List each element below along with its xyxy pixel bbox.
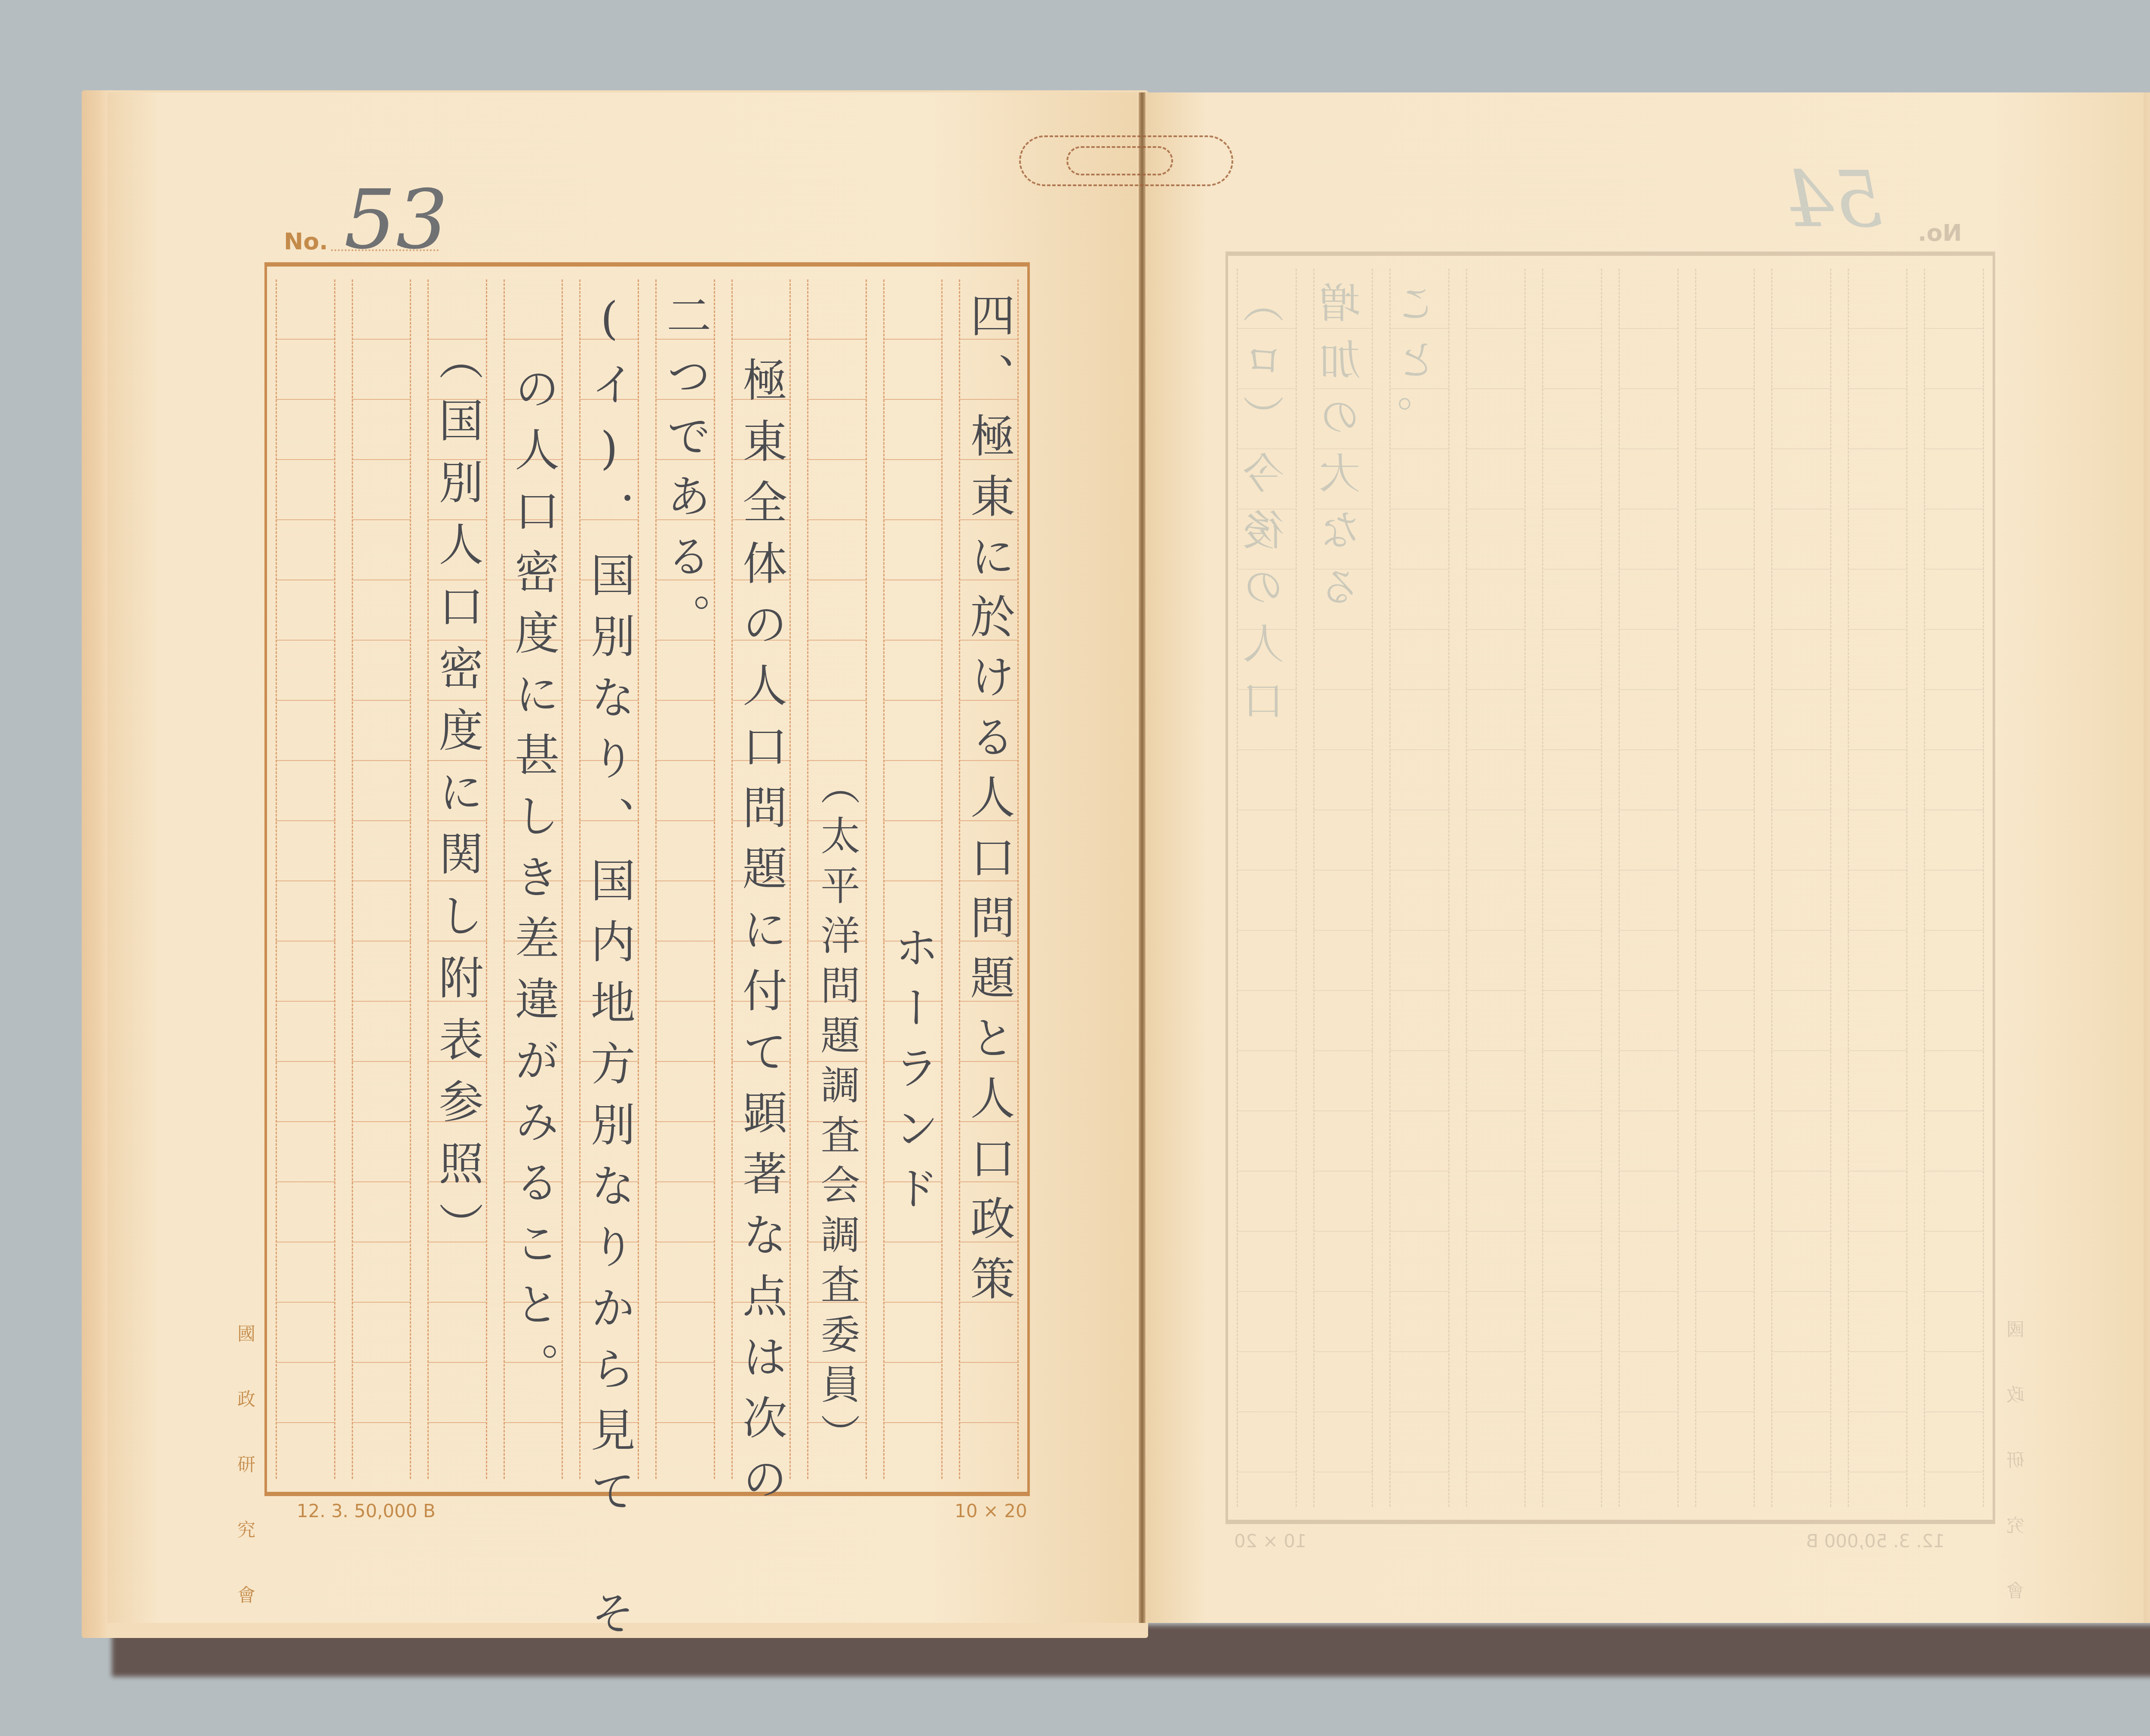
manuscript-column: こと。 xyxy=(1389,269,1450,1507)
column-text: 極東全体の人口問題に付て顕著な点は次の xyxy=(739,357,783,1517)
manuscript-column xyxy=(1848,269,1908,1507)
book-gutter xyxy=(1139,92,1146,1623)
column-text: の人口密度に甚しき差違がみること。 xyxy=(511,365,556,1403)
publisher-name: 國政研究會 xyxy=(232,1324,258,1651)
right-page-no-label: No. xyxy=(1918,219,1962,246)
right-print-code: 12. 3. 50,000 B xyxy=(1806,1531,1945,1552)
right-page-stack-edge xyxy=(2144,92,2150,1623)
manuscript-column: 極東全体の人口問題に付て顕著な点は次の xyxy=(731,279,791,1479)
print-code: 12. 3. 50,000 B xyxy=(297,1500,436,1521)
manuscript-column: (イ)．国別なり、国内地方別なりから見て そ xyxy=(579,279,639,1479)
column-text: （国別人口密度に関し附表参照） xyxy=(435,335,480,1264)
column-text: （ロ）今後の人口 xyxy=(1246,282,1287,736)
column-text: こと。 xyxy=(1399,282,1440,452)
column-text: ホーランド xyxy=(891,924,935,1225)
page-number: 53 xyxy=(344,172,448,267)
column-text: 増加の大なる xyxy=(1322,282,1364,622)
column-text: 四、極東に於ける人口問題と人口政策 xyxy=(967,292,1011,1316)
right-manuscript-grid: （ロ）今後の人口 増加の大なる こと。 xyxy=(1225,252,1995,1524)
page-no-label: No. xyxy=(284,228,328,255)
manuscript-column xyxy=(1619,269,1679,1507)
manuscript-column xyxy=(1542,269,1602,1507)
manuscript-column xyxy=(1924,269,1984,1507)
column-text: 二つである。 xyxy=(663,292,707,653)
manuscript-column: 増加の大なる xyxy=(1313,269,1373,1507)
manuscript-column: の人口密度に甚しき差違がみること。 xyxy=(504,279,563,1479)
manuscript-grid: 四、極東に於ける人口問題と人口政策 ホーランド （太平洋問題調査会調査委員） 極… xyxy=(264,262,1030,1496)
manuscript-column xyxy=(1466,269,1526,1507)
manuscript-column: （太平洋問題調査会調査委員） xyxy=(807,279,867,1479)
manuscript-column: 二つである。 xyxy=(655,279,715,1479)
manuscript-column: （国別人口密度に関し附表参照） xyxy=(427,279,487,1479)
manuscript-column xyxy=(1695,269,1755,1507)
manuscript-column xyxy=(1771,269,1831,1507)
paperclip-rust-mark-inner xyxy=(1066,146,1173,175)
manuscript-column xyxy=(276,279,335,1479)
right-page-number: 54 xyxy=(1784,155,1883,245)
grid-size: 10 × 20 xyxy=(955,1500,1027,1521)
column-text: (イ)．国別なり、国内地方別なりから見て そ xyxy=(587,292,632,1651)
manuscript-column: ホーランド xyxy=(883,279,943,1479)
manuscript-column: （ロ）今後の人口 xyxy=(1237,269,1297,1507)
manuscript-column: 四、極東に於ける人口問題と人口政策 xyxy=(959,279,1019,1479)
manuscript-column xyxy=(352,279,412,1479)
right-grid-size: 10 × 20 xyxy=(1234,1531,1307,1552)
right-publisher-name: 國政研究會 xyxy=(2004,1320,2030,1647)
column-text: （太平洋問題調査会調査委員） xyxy=(817,765,857,1463)
